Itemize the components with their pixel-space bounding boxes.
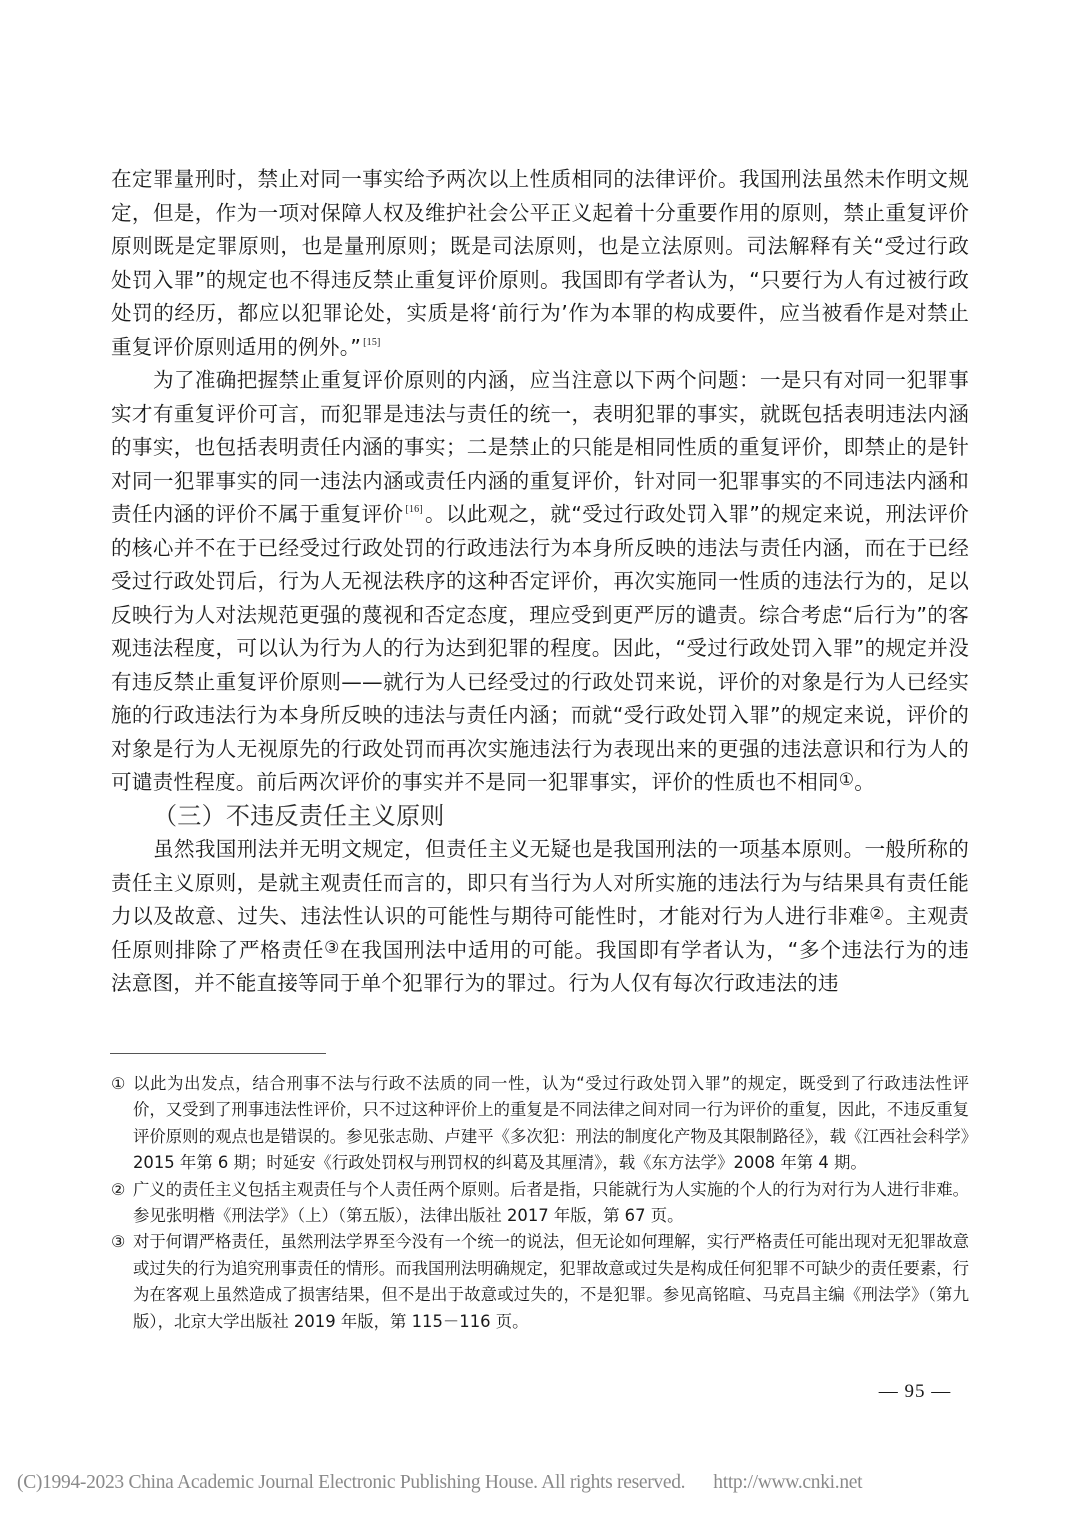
footnote-marker: ③ <box>111 1229 125 1255</box>
page-number: — 95 — <box>860 1381 970 1403</box>
journal-page: 在定罪量刑时，禁止对同一事实给予两次以上性质相同的法律评价。我国刑法虽然未作明文… <box>0 0 1080 1527</box>
footnote-separator <box>110 1053 326 1054</box>
paragraph-text: 虽然我国刑法并无明文规定，但责任主义无疑也是我国刑法的一项基本原则。一般所称的责… <box>111 837 969 928</box>
footnote-text: 以此为出发点，结合刑事不法与行政不法质的同一性，认为“受过行政处罚入罪”的规定，… <box>133 1074 969 1172</box>
copyright-notice: (C)1994-2023 China Academic Journal Elec… <box>17 1472 862 1494</box>
paragraph-1: 在定罪量刑时，禁止对同一事实给予两次以上性质相同的法律评价。我国刑法虽然未作明文… <box>111 163 969 364</box>
paragraph-3: 虽然我国刑法并无明文规定，但责任主义无疑也是我国刑法的一项基本原则。一般所称的责… <box>111 833 969 1001</box>
footnote-text: 对于何谓严格责任，虽然刑法学界至今没有一个统一的说法，但无论如何理解，实行严格责… <box>133 1232 969 1330</box>
copyright-text: (C)1994-2023 China Academic Journal Elec… <box>17 1472 685 1493</box>
paragraph-text: 。以此观之，就“受过行政处罚入罪”的规定来说，刑法评价的核心并不在于已经受过行政… <box>111 502 969 794</box>
footnote-ref-1[interactable]: ① <box>839 770 854 789</box>
footnote-3: ③ 对于何谓严格责任，虽然刑法学界至今没有一个统一的说法，但无论如何理解，实行严… <box>111 1229 969 1335</box>
paragraph-2: 为了准确把握禁止重复评价原则的内涵，应当注意以下两个问题：一是只有对同一犯罪事实… <box>111 364 969 800</box>
footnote-2: ② 广义的责任主义包括主观责任与个人责任两个原则。后者是指，只能就行为人实施的个… <box>111 1177 969 1230</box>
footnote-marker: ② <box>111 1177 125 1203</box>
footnote-ref-2[interactable]: ② <box>869 904 885 923</box>
footnotes: ① 以此为出发点，结合刑事不法与行政不法质的同一性，认为“受过行政处罚入罪”的规… <box>111 1071 969 1335</box>
footnote-1: ① 以此为出发点，结合刑事不法与行政不法质的同一性，认为“受过行政处罚入罪”的规… <box>111 1071 969 1177</box>
citation-16[interactable]: [16] <box>405 504 422 515</box>
footnote-marker: ① <box>111 1071 125 1097</box>
cnki-link[interactable]: http://www.cnki.net <box>713 1472 862 1493</box>
footnote-text: 广义的责任主义包括主观责任与个人责任两个原则。后者是指，只能就行为人实施的个人的… <box>133 1180 969 1225</box>
article-body: 在定罪量刑时，禁止对同一事实给予两次以上性质相同的法律评价。我国刑法虽然未作明文… <box>111 163 969 1001</box>
citation-15[interactable]: [15] <box>363 337 380 348</box>
paragraph-text: 。 <box>854 770 875 794</box>
paragraph-text: 在定罪量刑时，禁止对同一事实给予两次以上性质相同的法律评价。我国刑法虽然未作明文… <box>111 167 969 359</box>
section-heading: （三）不违反责任主义原则 <box>111 800 969 834</box>
footnote-ref-3[interactable]: ③ <box>324 938 340 957</box>
